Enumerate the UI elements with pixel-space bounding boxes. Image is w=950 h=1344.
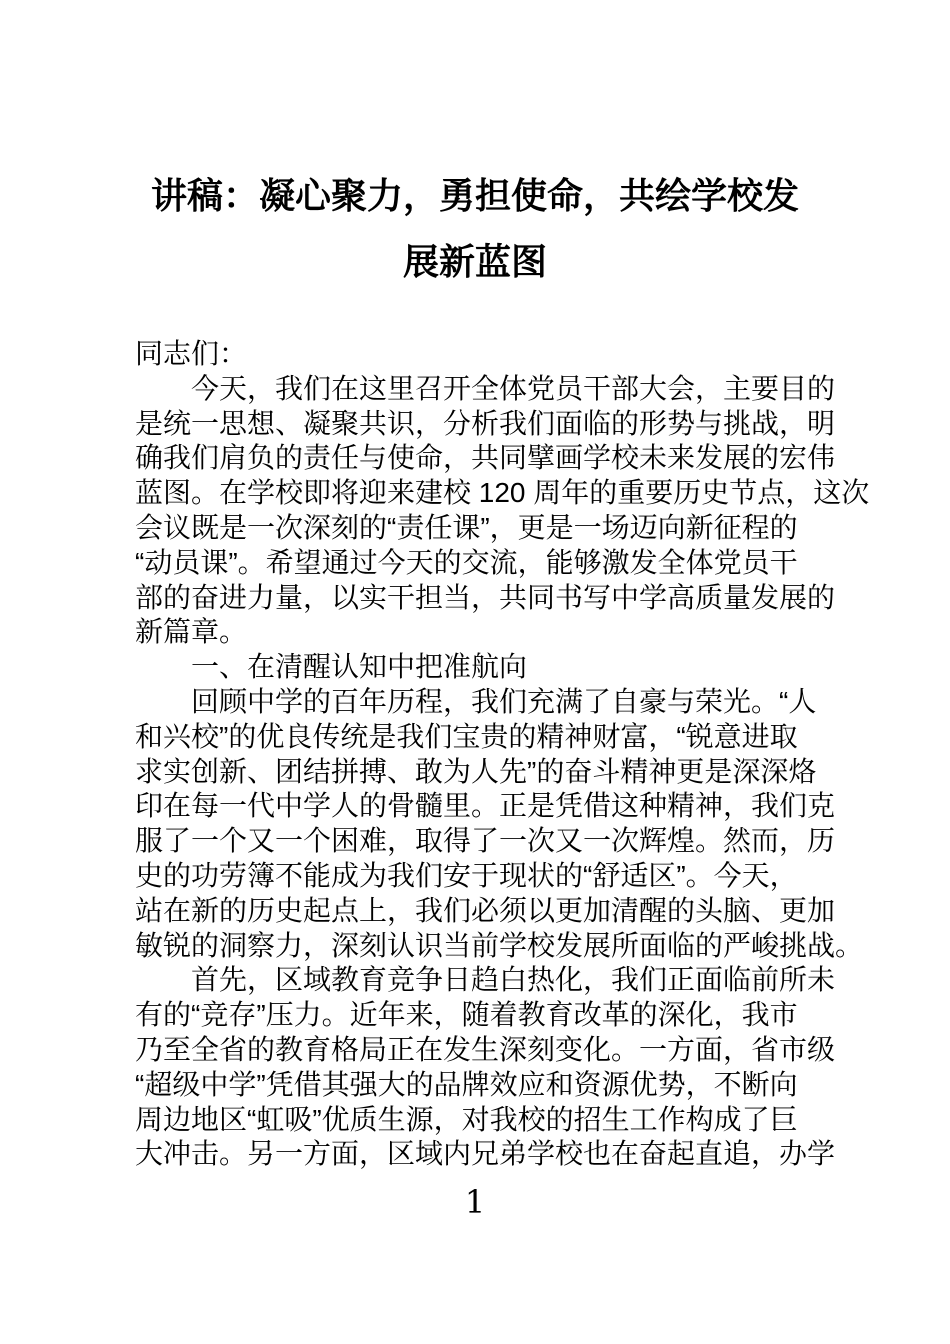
document-page: 讲稿：凝心聚力，勇担使命，共绘学校发 展新蓝图 同志们：今天，我们在这里召开全体… <box>0 0 950 1344</box>
body-line-10: 一、在清醒认知中把准航向 <box>135 650 825 685</box>
body-line-15: 服了一个又一个困难，取得了一次又一次辉煌。然而，历 <box>135 824 825 859</box>
body-line-5: 蓝图。在学校即将迎来建校 120 周年的重要历史节点，这次 <box>135 476 825 511</box>
body-line-13: 求实创新、团结拼搏、敢为人先”的奋斗精神更是深深烙 <box>135 755 825 790</box>
body-line-21: 乃至全省的教育格局正在发生深刻变化。一方面，省市级 <box>135 1033 825 1068</box>
body-line-2: 今天，我们在这里召开全体党员干部大会，主要目的 <box>135 372 825 407</box>
body-line-9: 新篇章。 <box>135 615 825 650</box>
body-line-3: 是统一思想、凝聚共识，分析我们面临的形势与挑战，明 <box>135 407 825 442</box>
body-line-17: 站在新的历史起点上，我们必须以更加清醒的头脑、更加 <box>135 894 825 929</box>
document-body: 同志们：今天，我们在这里召开全体党员干部大会，主要目的是统一思想、凝聚共识，分析… <box>135 337 825 1172</box>
body-line-23: 周边地区“虹吸”优质生源，对我校的招生工作构成了巨 <box>135 1103 825 1138</box>
body-line-6: 会议既是一次深刻的“责任课”，更是一场迈向新征程的 <box>135 511 825 546</box>
body-line-1: 同志们： <box>135 337 825 372</box>
body-line-18: 敏锐的洞察力，深刻认识当前学校发展所面临的严峻挑战。 <box>135 929 825 964</box>
page-title-line-2: 展新蓝图 <box>0 229 950 295</box>
page-title-line-1: 讲稿：凝心聚力，勇担使命，共绘学校发 <box>0 163 950 229</box>
body-line-4: 确我们肩负的责任与使命，共同擘画学校未来发展的宏伟 <box>135 441 825 476</box>
page-number: 1 <box>0 1184 950 1220</box>
body-line-16: 史的功劳簿不能成为我们安于现状的“舒适区”。今天， <box>135 859 825 894</box>
body-line-19: 首先，区域教育竞争日趋白热化，我们正面临前所未 <box>135 963 825 998</box>
body-line-24: 大冲击。另一方面，区域内兄弟学校也在奋起直追，办学 <box>135 1137 825 1172</box>
body-line-12: 和兴校”的优良传统是我们宝贵的精神财富，“锐意进取 <box>135 720 825 755</box>
body-line-8: 部的奋进力量，以实干担当，共同书写中学高质量发展的 <box>135 581 825 616</box>
body-line-20: 有的“竞存”压力。近年来，随着教育改革的深化，我市 <box>135 998 825 1033</box>
body-line-14: 印在每一代中学人的骨髓里。正是凭借这种精神，我们克 <box>135 789 825 824</box>
body-line-11: 回顾中学的百年历程，我们充满了自豪与荣光。“人 <box>135 685 825 720</box>
body-line-7: “动员课”。希望通过今天的交流，能够激发全体党员干 <box>135 546 825 581</box>
body-line-22: “超级中学”凭借其强大的品牌效应和资源优势，不断向 <box>135 1068 825 1103</box>
page-title: 讲稿：凝心聚力，勇担使命，共绘学校发 展新蓝图 <box>0 163 950 295</box>
